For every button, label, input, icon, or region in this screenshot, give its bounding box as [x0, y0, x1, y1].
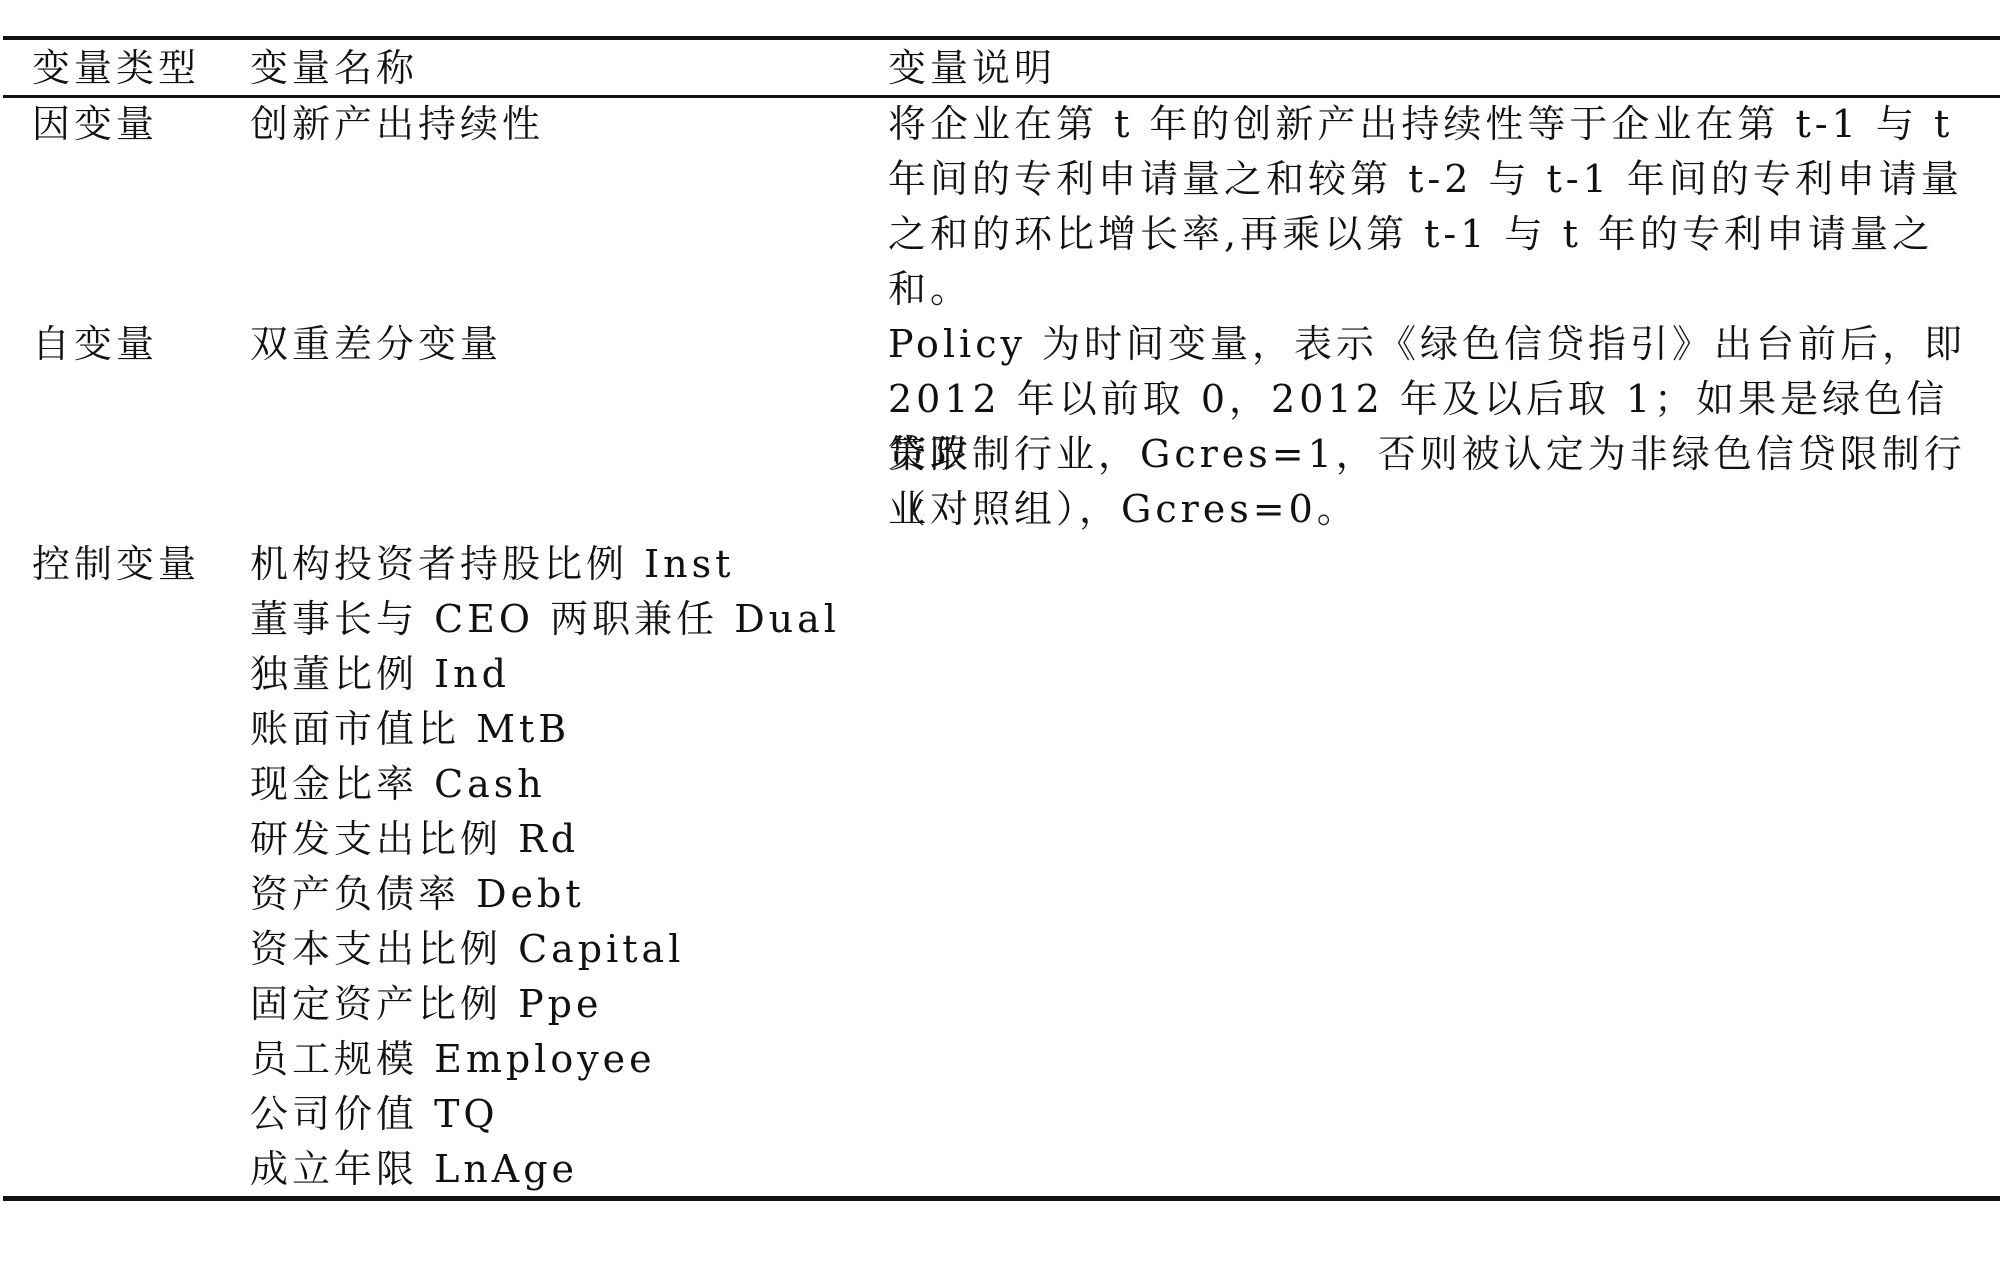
description-line: 策限制行业，Gcres=1，否则被认定为非绿色信贷限制行业 — [888, 427, 1988, 482]
description-line: Policy 为时间变量，表示《绿色信贷指引》出台前后，即 — [888, 317, 1988, 372]
list-item: 账面市值比 MtB — [250, 702, 840, 757]
description-line: 将企业在第 t 年的创新产出持续性等于企业在第 t-1 与 t — [888, 97, 1988, 152]
control-variable-list: 机构投资者持股比例 Inst 董事长与 CEO 两职兼任 Dual 独董比例 I… — [250, 537, 840, 1197]
row-name: 双重差分变量 — [250, 317, 502, 372]
row-type: 控制变量 — [32, 537, 200, 592]
description-line: 之和的环比增长率,再乘以第 t-1 与 t 年的专利申请量之 — [888, 207, 1988, 262]
description-line: 2012 年以前取 0，2012 年及以后取 1；如果是绿色信贷政 — [888, 372, 1988, 427]
description-line: 年间的专利申请量之和较第 t-2 与 t-1 年间的专利申请量 — [888, 152, 1988, 207]
table-top-rule — [3, 36, 2000, 40]
row-type: 因变量 — [32, 97, 158, 152]
list-item: 董事长与 CEO 两职兼任 Dual — [250, 592, 840, 647]
header-variable-description: 变量说明 — [888, 41, 1988, 96]
header-variable-type: 变量类型 — [32, 41, 200, 96]
list-item: 员工规模 Employee — [250, 1032, 840, 1087]
list-item: 机构投资者持股比例 Inst — [250, 537, 840, 592]
header-variable-name: 变量名称 — [250, 41, 418, 96]
list-item: 固定资产比例 Ppe — [250, 977, 840, 1032]
list-item: 公司价值 TQ — [250, 1087, 840, 1142]
list-item: 研发支出比例 Rd — [250, 812, 840, 867]
list-item: 资本支出比例 Capital — [250, 922, 840, 977]
row-description: 将企业在第 t 年的创新产出持续性等于企业在第 t-1 与 t 年间的专利申请量… — [888, 97, 1988, 317]
row-type: 自变量 — [32, 317, 158, 372]
list-item: 成立年限 LnAge — [250, 1142, 840, 1197]
list-item: 现金比率 Cash — [250, 757, 840, 812]
list-item: 独董比例 Ind — [250, 647, 840, 702]
row-name: 创新产出持续性 — [250, 97, 544, 152]
row-description: Policy 为时间变量，表示《绿色信贷指引》出台前后，即 2012 年以前取 … — [888, 317, 1988, 537]
list-item: 资产负债率 Debt — [250, 867, 840, 922]
description-line: （对照组），Gcres=0。 — [888, 482, 1988, 537]
description-line: 和。 — [888, 262, 1988, 317]
